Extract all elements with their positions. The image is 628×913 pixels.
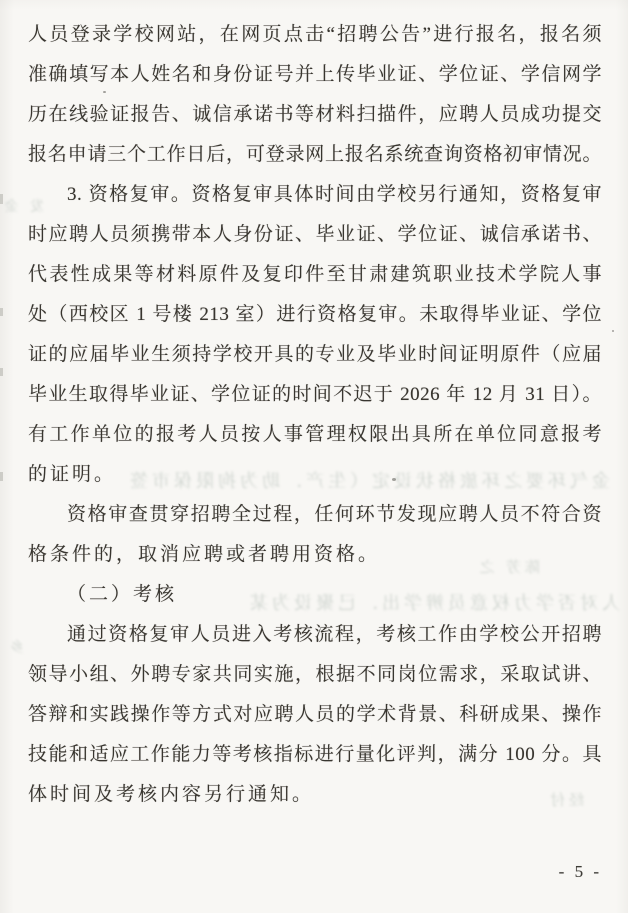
text-line: 毕业生取得毕业证、学位证的时间不迟于 2026 年 12 月 31 日）。 bbox=[28, 375, 602, 415]
text-line: 有工作单位的报考人员按人事管理权限出具所在单位同意报考 bbox=[28, 415, 602, 455]
text-line: （二）考核 bbox=[28, 575, 602, 615]
text-line: 代表性成果等材料原件及复印件至甘肃建筑职业技术学院人事 bbox=[28, 255, 602, 295]
text-line: 证的应届毕业生须持学校开具的专业及毕业时间证明原件（应届 bbox=[28, 335, 602, 375]
page-number: - 5 - bbox=[559, 862, 602, 882]
text-line: 通过资格复审人员进入考核流程，考核工作由学校公开招聘 bbox=[28, 615, 602, 655]
text-line: 处（西校区 1 号楼 213 室）进行资格复审。未取得毕业证、学位 bbox=[28, 295, 602, 335]
text-line: 答辩和实践操作等方式对应聘人员的学术背景、科研成果、操作 bbox=[28, 695, 602, 735]
text-line: 时应聘人员须携带本人身份证、毕业证、学位证、诚信承诺书、 bbox=[28, 215, 602, 255]
text-line: 技能和适应工作能力等考核指标进行量化评判，满分 100 分。具 bbox=[28, 735, 602, 775]
text-line: 人员登录学校网站，在网页点击“招聘公告”进行报名，报名须 bbox=[28, 15, 602, 55]
text-line: 准确填写本人姓名和身份证号并上传毕业证、学位证、学信网学 bbox=[28, 55, 602, 95]
text-line: 3. 资格复审。资格复审具体时间由学校另行通知，资格复审 bbox=[28, 175, 602, 215]
text-line: 格条件的，取消应聘或者聘用资格。 bbox=[28, 535, 602, 575]
text-line: 历在线验证报告、诚信承诺书等材料扫描件，应聘人员成功提交 bbox=[28, 95, 602, 135]
text-line: 领导小组、外聘专家共同实施，根据不同岗位需求，采取试讲、 bbox=[28, 655, 602, 695]
document-body: 人员登录学校网站，在网页点击“招聘公告”进行报名，报名须准确填写本人姓名和身份证… bbox=[28, 15, 602, 815]
text-line: 体时间及考核内容另行通知。 bbox=[28, 775, 602, 815]
text-line: 报名申请三个工作日后，可登录网上报名系统查询资格初审情况。 bbox=[28, 135, 602, 175]
text-line: 的证明。 bbox=[28, 455, 602, 495]
text-line: 资格审查贯穿招聘全过程，任何环节发现应聘人员不符合资 bbox=[28, 495, 602, 535]
